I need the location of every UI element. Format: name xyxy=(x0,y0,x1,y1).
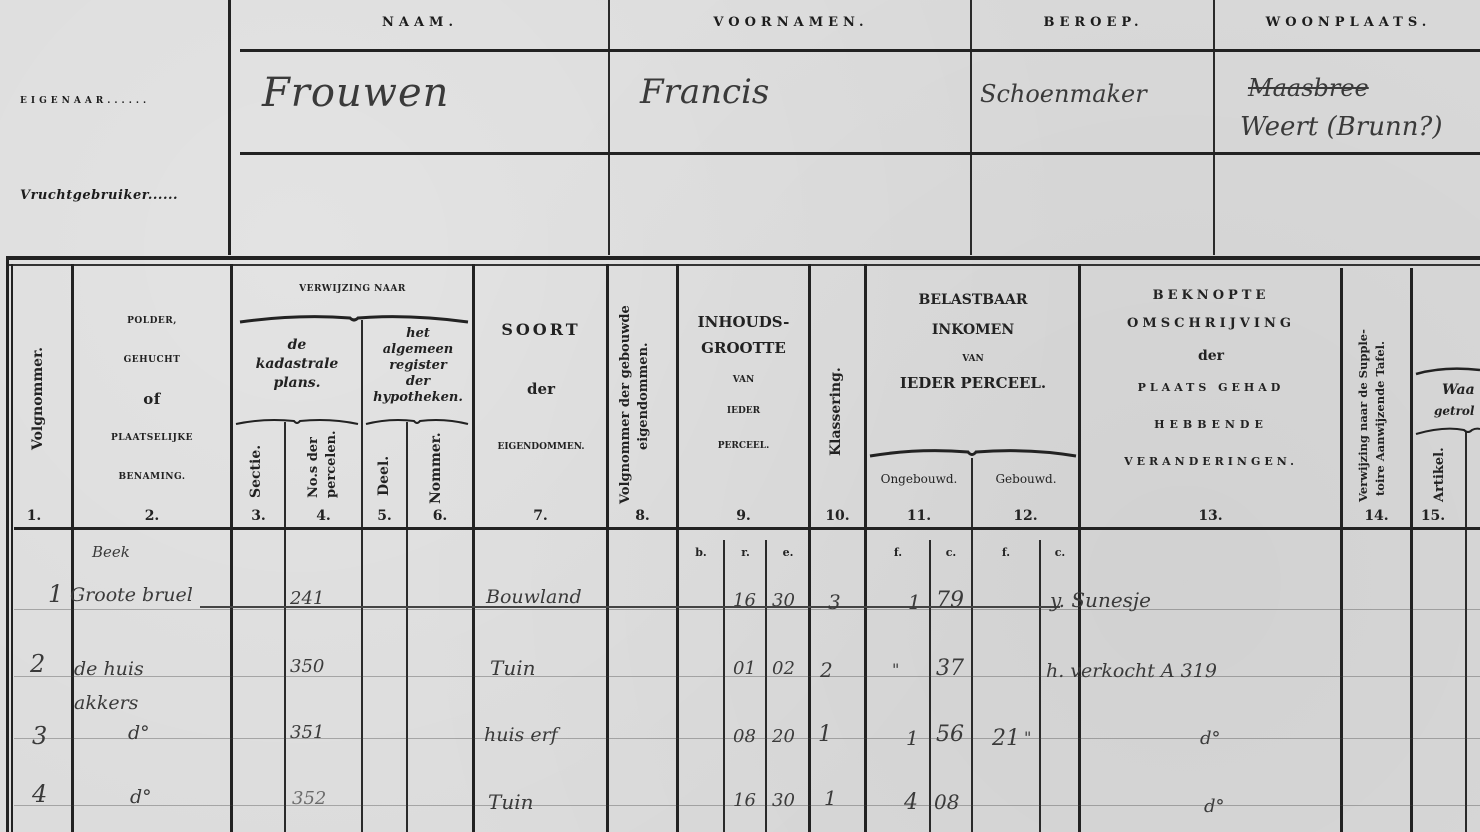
colnum-6: 6. xyxy=(408,508,472,524)
header-gebouwd: Gebouwd. xyxy=(974,472,1078,486)
eigenaar-woonplaats: Weert (Brunn?) xyxy=(1240,112,1443,142)
div-9-r-e xyxy=(765,540,767,832)
header-omschrijving-6: VERANDERINGEN. xyxy=(1082,444,1340,480)
header-ongebouwd: Ongebouwd. xyxy=(866,472,972,486)
unit-11-f: f. xyxy=(868,546,928,559)
eigenaar-beroep: Schoenmaker xyxy=(980,80,1147,108)
table-top-border-inner xyxy=(6,264,1480,266)
header-polder-line1: POLDER, xyxy=(74,302,230,341)
row-1-perceel: 241 xyxy=(290,588,324,609)
header-inkomen: BELASTBAAR INKOMEN VAN IEDER PERCEEL. xyxy=(868,290,1078,398)
header-inkomen-4: IEDER PERCEEL. xyxy=(868,368,1078,398)
col-header-woonplaats: WOONPLAATS. xyxy=(1217,15,1480,30)
row-1-annotation: Beek xyxy=(92,543,130,561)
row-label-eigenaar: EIGENAAR...... xyxy=(20,96,150,106)
div-12-13 xyxy=(1078,264,1081,832)
header-nommer: Nommer. xyxy=(428,432,444,504)
colnum-4: 4. xyxy=(286,508,361,524)
header-polder: POLDER, GEHUCHT of PLAATSELIJKE BENAMING… xyxy=(74,302,230,497)
header-hypotheken-3: register xyxy=(363,358,473,374)
eigenaar-woonplaats-struck: Maasbree xyxy=(1248,74,1369,102)
colnum-9: 9. xyxy=(679,508,808,524)
div-11-f-c xyxy=(929,540,931,832)
header-klassering: Klassering. xyxy=(828,367,844,456)
header-volgnommer-gebouwde: Volgnommer der gebouwde xyxy=(618,305,633,504)
header-inhouds-4: IEDER xyxy=(679,406,808,416)
colnum-13: 13. xyxy=(1081,508,1340,524)
row-1-klassering: 3 xyxy=(828,590,841,614)
header-waar-getrokken-1: Waa xyxy=(1442,382,1475,398)
header-inhouds-1: INHOUDS- xyxy=(679,302,808,342)
row-1-e: 30 xyxy=(772,590,795,611)
brace-hypotheken xyxy=(364,416,470,428)
div-7-8 xyxy=(606,264,609,832)
header-kadastrale-2: kadastrale xyxy=(233,355,361,374)
col-header-beroep: BEROEP. xyxy=(974,15,1213,30)
eigenaar-naam: Frouwen xyxy=(262,70,449,116)
header-waar-getrokken-2: getrol xyxy=(1434,404,1474,418)
owner-divider-voornamen xyxy=(970,0,972,255)
row-4-volgnommer: 4 xyxy=(32,780,47,808)
owner-divider-label xyxy=(228,0,231,255)
row-4-klassering: 1 xyxy=(824,786,837,810)
unit-12-c: c. xyxy=(1042,546,1078,559)
header-omschrijving-1: BEKNOPTE xyxy=(1082,286,1340,306)
row-1-r: 16 xyxy=(733,590,756,611)
colnum-8: 8. xyxy=(609,508,676,524)
row-4-e: 30 xyxy=(772,790,795,811)
table-left-border-inner xyxy=(11,264,13,832)
col-header-naam: NAAM. xyxy=(232,15,608,30)
colnum-2: 2. xyxy=(74,508,230,524)
row-2-r: 01 xyxy=(733,658,756,679)
header-bottom-rule xyxy=(14,527,1480,530)
header-inhouds-2: GROOTTE xyxy=(679,342,808,354)
owner-divider-naam xyxy=(608,0,610,255)
owner-rule-middle xyxy=(240,152,1480,155)
row-3-ongebouwd-c: 56 xyxy=(936,722,964,747)
div-5-6 xyxy=(406,422,408,832)
owner-divider-beroep xyxy=(1213,0,1215,255)
row-3-omschrijving: d° xyxy=(1200,728,1221,749)
header-deel: Deel. xyxy=(376,456,392,496)
row-2-polder: de huis akkers xyxy=(74,652,184,720)
row-2-volgnommer: 2 xyxy=(30,650,45,678)
row-3-soort: huis erf xyxy=(484,724,558,746)
header-hypotheken-2: algemeen xyxy=(363,342,473,358)
row-1-omschrijving: y. Sunesje xyxy=(1050,588,1151,612)
header-hypotheken-4: der xyxy=(363,374,473,390)
row-1-strike xyxy=(200,606,1060,608)
div-3-4 xyxy=(284,422,286,832)
header-verwijzing-supple: Verwijzing naar de Supple- xyxy=(1356,329,1370,502)
unit-12-f: f. xyxy=(974,546,1038,559)
div-14-15 xyxy=(1410,268,1413,832)
header-inkomen-1: BELASTBAAR xyxy=(868,290,1078,310)
row-2-perceel: 350 xyxy=(290,656,324,677)
div-9-10 xyxy=(808,264,811,832)
row-4-omschrijving: d° xyxy=(1204,796,1225,817)
header-hypotheken-1: het xyxy=(363,326,473,342)
header-sectie: Sectie. xyxy=(248,445,264,498)
row-3-ongebouwd-f: 1 xyxy=(906,726,919,750)
header-inkomen-2: INKOMEN xyxy=(868,310,1078,350)
row-1-polder: Groote bruel xyxy=(70,584,193,606)
row-2-klassering: 2 xyxy=(820,658,833,682)
unit-9-e: e. xyxy=(768,546,808,559)
brace-kadastrale xyxy=(234,416,360,428)
brace-inkomen xyxy=(868,446,1078,460)
colnum-11: 11. xyxy=(867,508,971,524)
header-volgnommer-eigendommen: eigendommen. xyxy=(636,342,651,450)
header-inhouds: INHOUDS- GROOTTE VAN IEDER PERCEEL. xyxy=(679,302,808,476)
colnum-14: 14. xyxy=(1343,508,1410,524)
row-3-gebouwd-f: 21 xyxy=(992,726,1020,751)
colnum-1: 1. xyxy=(14,508,54,524)
header-artikel: Artikel. xyxy=(1432,447,1447,502)
header-polder-line3: of xyxy=(74,380,230,419)
header-hypotheken: het algemeen register der hypotheken. xyxy=(363,326,473,406)
div-9-b-r xyxy=(723,540,725,832)
div-10-11 xyxy=(864,264,867,832)
row-3-perceel: 351 xyxy=(290,722,324,743)
row-3-volgnommer: 3 xyxy=(32,722,47,750)
unit-9-r: r. xyxy=(726,546,765,559)
header-soort: SOORT xyxy=(476,320,606,339)
colnum-7: 7. xyxy=(475,508,606,524)
header-polder-line4: PLAATSELIJKE xyxy=(74,419,230,458)
row-2-omschrijving: h. verkocht A 319 xyxy=(1046,660,1217,682)
colnum-3: 3. xyxy=(233,508,284,524)
row-4-ongebouwd-f: 4 xyxy=(904,790,918,815)
row-1-ongebouwd-f: 1 xyxy=(908,590,921,614)
header-kadastrale-3: plans. xyxy=(233,374,361,393)
div-13-14 xyxy=(1340,268,1343,832)
header-polder-line5: BENAMING. xyxy=(74,458,230,497)
table-left-border xyxy=(6,256,9,832)
colnum-12: 12. xyxy=(973,508,1078,524)
row-2-soort: Tuin xyxy=(490,656,536,680)
header-verwijzing-tafel: toire Aanwijzende Tafel. xyxy=(1373,341,1387,496)
colnum-5: 5. xyxy=(363,508,406,524)
row-4-r: 16 xyxy=(733,790,756,811)
colnum-15: 15. xyxy=(1413,508,1453,524)
table-top-border xyxy=(6,256,1480,260)
row-2-ongebouwd-f: " xyxy=(892,660,899,679)
brace-15-top xyxy=(1414,366,1480,378)
row-label-vruchtgebruiker: Vruchtgebruiker...... xyxy=(20,188,178,203)
header-inhouds-3: VAN xyxy=(679,354,808,406)
header-omschrijving: BEKNOPTE OMSCHRIJVING der PLAATS GEHAD H… xyxy=(1082,286,1340,480)
div-15-sub xyxy=(1465,432,1467,832)
row-1-soort: Bouwland xyxy=(486,586,582,608)
header-kadastrale: de kadastrale plans. xyxy=(233,336,361,393)
brace-verwijzing xyxy=(238,312,470,326)
col-header-voornamen: VOORNAMEN. xyxy=(612,15,970,30)
row-4-perceel: 352 xyxy=(292,788,326,809)
row-3-r: 08 xyxy=(733,726,756,747)
header-soort-eigendommen: EIGENDOMMEN. xyxy=(476,442,606,452)
header-omschrijving-2: OMSCHRIJVING xyxy=(1082,306,1340,342)
header-verwijzing: VERWIJZING NAAR xyxy=(233,284,472,294)
header-hypotheken-5: hypotheken. xyxy=(363,390,473,406)
row-3-gebouwd-c: " xyxy=(1024,728,1031,747)
header-polder-line2: GEHUCHT xyxy=(74,341,230,380)
header-omschrijving-3: der xyxy=(1082,342,1340,370)
header-omschrijving-4: PLAATS GEHAD xyxy=(1082,370,1340,406)
unit-9-b: b. xyxy=(680,546,722,559)
row-3-e: 20 xyxy=(772,726,795,747)
colnum-10: 10. xyxy=(811,508,864,524)
header-percelen: percelen. xyxy=(324,430,339,498)
header-kadastrale-1: de xyxy=(233,336,361,355)
div-12-f-c xyxy=(1039,540,1041,832)
header-inkomen-3: VAN xyxy=(868,350,1078,368)
row-1-ongebouwd-c: 79 xyxy=(936,588,964,613)
row-4-ongebouwd-c: 08 xyxy=(934,790,959,814)
row-3-klassering: 1 xyxy=(818,722,832,747)
header-nos-der: No.s der xyxy=(306,437,321,498)
row-4-soort: Tuin xyxy=(488,790,534,814)
owner-rule-header xyxy=(240,49,1480,52)
row-2-ongebouwd-c: 37 xyxy=(936,656,964,681)
unit-11-c: c. xyxy=(932,546,970,559)
row-3-polder: d° xyxy=(128,722,150,744)
header-omschrijving-5: HEBBENDE xyxy=(1082,406,1340,444)
row-1-volgnommer: 1 xyxy=(48,580,63,608)
row-2-e: 02 xyxy=(772,658,795,679)
brace-15-bottom xyxy=(1414,426,1480,438)
eigenaar-voornamen: Francis xyxy=(640,72,769,112)
header-volgnommer: Volgnommer. xyxy=(30,347,46,450)
row-4-polder: d° xyxy=(130,786,152,808)
header-soort-der: der xyxy=(476,380,606,398)
header-inhouds-5: PERCEEL. xyxy=(679,416,808,476)
